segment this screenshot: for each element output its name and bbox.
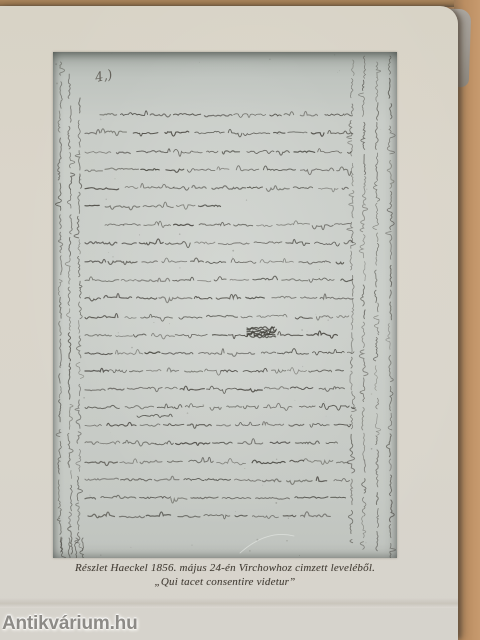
page-crease-shadow: [0, 598, 458, 608]
figure-caption-line-2: „Qui tacet consentire videtur”: [48, 576, 402, 590]
scanned-book-page: { "figure_caption": { "line1": "Részlet …: [0, 0, 480, 640]
manuscript-photo: 4,): [53, 52, 397, 558]
archival-mark: 4,): [93, 68, 114, 87]
figure-caption-line-1: Részlet Haeckel 1856. május 24-én Vircho…: [48, 562, 402, 576]
manuscript-handwriting-svg: 4,): [53, 52, 397, 558]
antikvarium-watermark: Antikvárium.hu: [2, 613, 138, 635]
figure-caption: Részlet Haeckel 1856. május 24-én Vircho…: [48, 562, 402, 589]
